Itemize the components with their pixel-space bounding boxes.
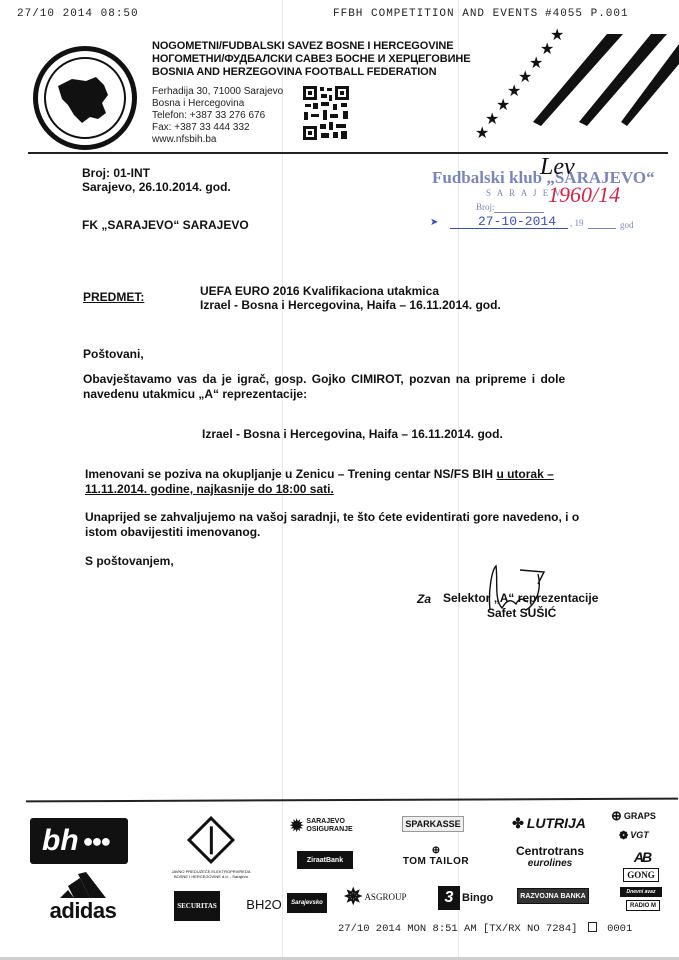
salutation: Poštovani, — [83, 347, 144, 361]
fax-footer-page-count: 0001 — [607, 923, 632, 935]
para1-line1: Obavještavamo vas da je igrač, gosp. Goj… — [83, 372, 565, 386]
stamp-date-value: 27-10-2014 — [478, 214, 556, 229]
fax-header-sender: FFBH COMPETITION AND EVENTS — [333, 8, 538, 20]
closing: S poštovanjem, — [85, 554, 174, 568]
fax-header-page-ref: #4055 P.001 — [545, 8, 629, 20]
sponsor-label: SARAJEVO OSIGURANJE — [306, 818, 346, 834]
sponsor-sparkasse: SPARKASSE — [402, 816, 464, 832]
stamp-broj-line — [494, 212, 544, 213]
website-link[interactable]: www.nfsbih.ba — [152, 134, 216, 147]
stars-stripes-icon: ★ ★ ★ ★ ★ ★ ★ ★ — [465, 22, 679, 142]
svg-text:★: ★ — [550, 25, 564, 44]
subject-line2: Izrael - Bosna i Hercegovina, Haifa – 16… — [200, 298, 501, 312]
sponsor-centrotrans: Centrotrans eurolines — [512, 842, 588, 872]
sponsor-sarajevsko: Sarajevsko — [287, 893, 327, 913]
sponsor-label-2: eurolines — [528, 858, 572, 869]
subject-label: PREDMET: — [83, 290, 144, 304]
sponsor-gong: GONG — [623, 868, 659, 882]
asgroup-star-icon: ✵ — [344, 884, 362, 910]
sponsor-ab: AB — [625, 848, 659, 866]
fax-header-datetime: 27/10 2014 08:50 — [17, 8, 139, 20]
para3-line1: Unaprijed se zahvaljujemo na vašoj sarad… — [85, 510, 579, 524]
lutrija-clover-icon: ✤ — [512, 815, 524, 832]
sponsor-label: adidas — [50, 898, 117, 924]
sponsor-asgroup: ✵ ASGROUP — [344, 882, 420, 912]
received-stamp: Fudbalski klub „SARAJEVO“ S A R A J E V … — [428, 160, 668, 240]
fax-number: Fax: +387 33 444 332 — [152, 122, 250, 135]
bh-dots-icon: ●●● — [83, 831, 110, 852]
sponsor-label: TOM TAILOR — [403, 856, 469, 867]
sponsor-label: ASGROUP — [364, 892, 406, 902]
sponsor-graps: ⊕ GRAPS — [611, 808, 667, 824]
address-line1: Ferhadija 30, 71000 Sarajevo — [152, 86, 283, 99]
tom-tailor-emblem-icon: ⊕ — [432, 846, 440, 856]
recipient: FK „SARAJEVO“ SARAJEVO — [82, 218, 249, 232]
sponsor-label: GRAPS — [624, 811, 656, 821]
handwritten-signature-icon — [482, 560, 562, 620]
bingo-emblem-icon: 3 — [438, 886, 460, 910]
sponsor-vgt: ❁ VGT — [619, 827, 665, 843]
stamp-year-line — [588, 228, 616, 229]
sponsor-label: Centrotrans — [516, 845, 584, 858]
sponsor-radio-m: RADIO M — [626, 900, 660, 911]
sponsor-tom-tailor: ⊕ TOM TAILOR — [400, 844, 472, 868]
para3-line2: istom obavijestiti imenovanog. — [85, 525, 260, 539]
footer-divider — [26, 798, 678, 803]
signature-prefix: Za — [417, 592, 431, 606]
phone: Telefon: +387 33 276 676 — [152, 110, 265, 123]
fax-page-icon — [588, 922, 597, 932]
subject-line1: UEFA EURO 2016 Kvalifikaciona utakmica — [200, 284, 439, 298]
sponsor-bh2o: BH2O — [244, 892, 284, 916]
sponsor-securitas: SECURITAS — [174, 891, 220, 921]
stamp-initials: Lev — [540, 154, 575, 181]
para2-line1: Imenovani se poziva na okupljanje u Zeni… — [85, 467, 554, 481]
stamp-broj-label: Broj: — [476, 202, 495, 212]
qr-code-icon — [303, 86, 349, 140]
graps-emblem-icon: ⊕ — [611, 808, 622, 824]
stamp-arrow-icon: ➤ — [430, 217, 438, 228]
fax-footer-text: 27/10 2014 MON 8:51 AM [TX/RX NO 7284] — [338, 923, 577, 935]
match-line: Izrael - Bosna i Hercegovina, Haifa – 16… — [202, 427, 503, 441]
para2-line1-plain: Imenovani se poziva na okupljanje u Zeni… — [85, 467, 496, 481]
para2-line1-underlined: u utorak – — [496, 467, 553, 481]
reference-place-date: Sarajevo, 26.10.2014. god. — [82, 180, 231, 194]
org-name-latin: NOGOMETNI/FUDBALSKI SAVEZ BOSNE I HERCEG… — [152, 40, 454, 52]
ep-diamond-icon — [187, 816, 235, 864]
sponsor-elektroprivreda: JAVNO PREDUZEĆE ELEKTROPRIVREDA BOSNE I … — [170, 812, 252, 884]
org-name-cyrillic: НОГОМЕТНИ/ФУДБАЛСКИ САВЕЗ БОСНЕ И ХЕРЦЕГ… — [152, 53, 470, 65]
sponsor-dnevni-avaz: Dnevni avaz — [620, 887, 662, 897]
vgt-emblem-icon: ❁ — [619, 829, 628, 842]
org-name-english: BOSNIA AND HERZEGOVINA FOOTBALL FEDERATI… — [152, 66, 436, 78]
stamp-year-prefix: , 19 — [570, 218, 584, 228]
sponsor-lutrija: ✤ LUTRIJA — [512, 812, 586, 834]
adidas-stripes-icon — [60, 872, 106, 898]
sponsor-adidas: adidas — [40, 872, 126, 924]
sponsor-bh-telecom: bh ●●● — [30, 818, 128, 864]
sponsor-label: LUTRIJA — [527, 815, 586, 831]
stamp-broj-value: 1960/14 — [548, 182, 620, 208]
sponsor-razvojna-banka: RAZVOJNA BANKA — [517, 888, 589, 904]
sponsor-sarajevo-osiguranje: ✹ SARAJEVO OSIGURANJE — [290, 812, 370, 840]
para1-line2: navedenu utakmicu „A“ reprezentacije: — [83, 387, 307, 401]
sponsor-label: VGT — [630, 830, 649, 840]
sponsor-label: JAVNO PREDUZEĆE ELEKTROPRIVREDA BOSNE I … — [170, 869, 252, 879]
sponsor-ziraatbank: ZiraatBank — [297, 851, 353, 869]
sarajevo-osiguranje-emblem-icon: ✹ — [290, 816, 303, 836]
stamp-god-label: god — [620, 220, 634, 230]
nfsbih-crest-icon — [33, 46, 137, 150]
reference-number: Broj: 01-INT — [82, 166, 150, 180]
sponsor-bingo: 3 Bingo — [438, 884, 494, 912]
para2-line2: 11.11.2014. godine, najkasnije do 18:00 … — [85, 482, 334, 496]
sponsor-label: bh — [42, 824, 79, 858]
address-line2: Bosna i Hercegovina — [152, 98, 244, 111]
sponsor-label: Bingo — [462, 892, 493, 904]
fax-footer: 27/10 2014 MON 8:51 AM [TX/RX NO 7284] 0… — [338, 922, 632, 935]
